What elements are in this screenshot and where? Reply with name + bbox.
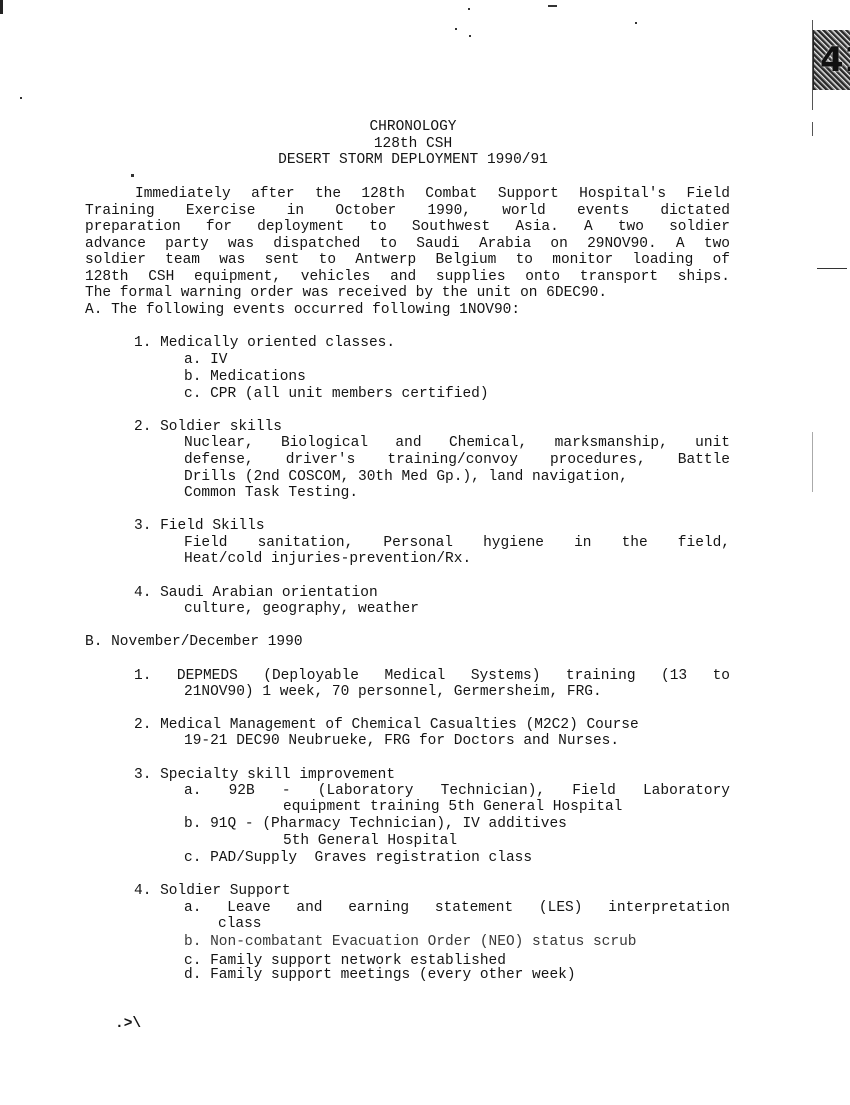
section-a-item-1-sub: a. IV xyxy=(184,352,228,369)
margin-line xyxy=(812,432,813,492)
intro-line: Immediately after the 128th Combat Suppo… xyxy=(135,186,730,203)
section-a-heading: A. The following events occurred followi… xyxy=(85,302,520,319)
scan-speck xyxy=(817,268,847,269)
section-a-item-2-text: Nuclear, Biological and Chemical, marksm… xyxy=(184,435,730,452)
intro-line: Training Exercise in October 1990, world… xyxy=(85,203,730,220)
bullet-speck xyxy=(131,174,134,177)
intro-line: The formal warning order was received by… xyxy=(85,285,607,302)
section-a-item-4: 4. Saudi Arabian orientation xyxy=(134,585,378,602)
document-subtitle: DESERT STORM DEPLOYMENT 1990/91 xyxy=(0,152,826,169)
intro-line: advance party was dispatched to Saudi Ar… xyxy=(85,236,730,253)
section-b-item-3-sub: equipment training 5th General Hospital xyxy=(283,799,622,816)
section-a-item-4-text: culture, geography, weather xyxy=(184,601,419,618)
section-a-item-2-text: Common Task Testing. xyxy=(184,485,358,502)
intro-line: soldier team was sent to Antwerp Belgium… xyxy=(85,252,730,269)
section-b-item-4-sub: d. Family support meetings (every other … xyxy=(184,967,576,984)
scan-speck xyxy=(548,5,557,7)
section-b-item-3-sub: c. PAD/Supply Graves registration class xyxy=(184,850,532,867)
section-b-item-3-sub: b. 91Q - (Pharmacy Technician), IV addit… xyxy=(184,816,567,833)
section-b-item-2-text: 19-21 DEC90 Neubrueke, FRG for Doctors a… xyxy=(184,733,619,750)
section-b-heading: B. November/December 1990 xyxy=(85,634,303,651)
page-number: 41 xyxy=(820,40,850,80)
section-a-item-2-text: Drills (2nd COSCOM, 30th Med Gp.), land … xyxy=(184,469,628,486)
intro-line: preparation for deployment to Southwest … xyxy=(85,219,730,236)
scan-speck xyxy=(635,22,637,24)
scan-speck xyxy=(455,28,457,30)
scan-edge-mark xyxy=(0,0,3,14)
scan-speck xyxy=(20,97,22,99)
section-a-item-3: 3. Field Skills xyxy=(134,518,265,535)
section-a-item-1-sub: b. Medications xyxy=(184,369,306,386)
document-title: CHRONOLOGY xyxy=(0,119,826,136)
section-b-item-3-sub: 5th General Hospital xyxy=(283,833,457,850)
section-b-item-1-text: 21NOV90) 1 week, 70 personnel, Germershe… xyxy=(184,684,602,701)
section-b-item-3-sub: a. 92B - (Laboratory Technician), Field … xyxy=(184,783,730,800)
handwritten-mark: .˃\ xyxy=(115,1016,141,1033)
section-a-item-1: 1. Medically oriented classes. xyxy=(134,335,395,352)
section-a-item-2: 2. Soldier skills xyxy=(134,419,282,436)
section-b-item-1: 1. DEPMEDS (Deployable Medical Systems) … xyxy=(134,668,730,685)
section-b-item-4-sub: a. Leave and earning statement (LES) int… xyxy=(184,900,730,917)
title-block: CHRONOLOGY 128th CSH DESERT STORM DEPLOY… xyxy=(0,119,826,169)
intro-line: 128th CSH equipment, vehicles and suppli… xyxy=(85,269,730,286)
section-a-item-2-text: defense, driver's training/convoy proced… xyxy=(184,452,730,469)
section-b-item-4-sub: class xyxy=(218,916,262,933)
unit-name: 128th CSH xyxy=(0,136,826,153)
margin-line xyxy=(812,20,813,110)
scan-speck xyxy=(468,8,470,10)
document-page: 41 CHRONOLOGY 128th CSH DESERT STORM DEP… xyxy=(0,0,850,1105)
section-a-item-1-sub: c. CPR (all unit members certified) xyxy=(184,386,489,403)
section-b-item-4-sub: b. Non-combatant Evacuation Order (NEO) … xyxy=(184,934,636,951)
section-a-item-3-text: Field sanitation, Personal hygiene in th… xyxy=(184,535,730,552)
section-a-item-3-text: Heat/cold injuries-prevention/Rx. xyxy=(184,551,471,568)
scan-speck xyxy=(469,35,471,37)
section-b-item-4: 4. Soldier Support xyxy=(134,883,291,900)
section-b-item-2: 2. Medical Management of Chemical Casual… xyxy=(134,717,639,734)
section-b-item-3: 3. Specialty skill improvement xyxy=(134,767,395,784)
